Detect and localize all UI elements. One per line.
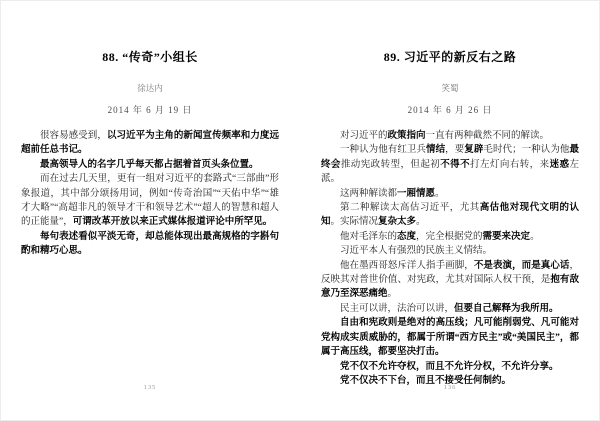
page-number-right: 136 (300, 384, 600, 391)
bold-text-run: 党不仅不允许夺权，而且不允许分权，不允许分享。 (340, 362, 559, 372)
text-run: 。 (530, 232, 540, 242)
text-run: 毛时代；一种认为他 (483, 145, 569, 155)
page-left: 88. “传奇”小组长 徐达内 2014 年 6 月 19 日 很容易感受到，以… (0, 0, 300, 421)
paragraph: 第二种解读太高估习近平，尤其高估他对现代文明的认知。实际情况复杂太多。 (321, 201, 579, 230)
article-date-left: 2014 年 6 月 19 日 (21, 103, 279, 116)
article-title-left: 88. “传奇”小组长 (21, 48, 279, 65)
bold-text-run: 每句表述看似平淡无奇，却总能体现出最高规格的字斟句酌和精巧心思。 (21, 232, 279, 256)
text-run: 。 (435, 189, 445, 199)
bold-text-run: 复杂太多 (378, 217, 416, 227)
bold-text-run: 但要自己解释为我所用。 (454, 304, 559, 314)
bold-text-run: 情结 (426, 145, 445, 155)
bold-text-run: 不得不 (440, 160, 470, 170)
article-author-left: 徐达内 (21, 82, 279, 94)
paragraph: 一种认为他有红卫兵情结，要复辟毛时代；一种认为他最终会推动宪政转型，但起初不得不… (321, 143, 579, 186)
paragraph: 党不仅不允许夺权，而且不允许分权，不允许分享。 (321, 360, 579, 374)
paragraph: 习近平本人有强烈的民族主义情结。 (321, 244, 579, 258)
text-run: 推动宪政转型，但起初 (341, 160, 440, 170)
paragraph: 很容易感受到，以习近平为主角的新闻宣传频率和力度远超前任总书记。 (21, 129, 279, 158)
paragraph: 最高领导人的名字几乎每天都占据着首页头条位置。 (21, 158, 279, 172)
text-run: 打左灯向右转，来 (470, 160, 550, 170)
bold-text-run: 迷惑 (550, 160, 570, 170)
page-right: 89. 习近平的新反右之路 笑蜀 2014 年 6 月 26 日 对习近平的政策… (300, 0, 600, 421)
text-run: 。 (388, 289, 398, 299)
paragraph: 而在过去几天里，更有一组对习近平的套路式“三部曲”形象报道，其中部分颂扬用词，例… (21, 172, 279, 230)
article-author-right: 笑蜀 (321, 82, 579, 94)
text-run: 习近平本人有强烈的民族主义情结。 (340, 246, 492, 256)
bold-text-run: 政策指向 (388, 131, 426, 141)
bold-text-run: 复辟 (464, 145, 483, 155)
text-run: 。实际情况 (331, 217, 379, 227)
article-title-right: 89. 习近平的新反右之路 (321, 48, 579, 65)
paragraph: 每句表述看似平淡无奇，却总能体现出最高规格的字斟句酌和精巧心思。 (21, 230, 279, 259)
bold-text-run: 最高领导人的名字几乎每天都占据着首页头条位置。 (40, 160, 259, 170)
text-run: 很容易感受到， (40, 131, 107, 141)
text-run: 这两种解读都 (340, 189, 397, 199)
text-run: 第二种解读太高估习近平，尤其 (340, 203, 480, 213)
text-run: ，要 (445, 145, 464, 155)
paragraph: 自由和宪政则是绝对的高压线；凡可能削弱党、凡可能对党构成实质威胁的，都属于所谓“… (321, 316, 579, 359)
bold-text-run: 可谓改革开放以来正式媒体报道评论中所罕见。 (73, 217, 273, 227)
text-run: 他在墨西哥怒斥洋人指手画脚， (340, 261, 474, 271)
paragraph: 他在墨西哥怒斥洋人指手画脚，不是表演，而是真心话，反映其对普世价值、对宪政，尤其… (321, 259, 579, 302)
paragraph: 这两种解读都一厢情愿。 (321, 187, 579, 201)
article-body-left: 很容易感受到，以习近平为主角的新闻宣传频率和力度远超前任总书记。最高领导人的名字… (21, 129, 279, 259)
paragraph: 对习近平的政策指向一直有两种截然不同的解读。 (321, 129, 579, 143)
bold-text-run: 自由和宪政则是绝对的高压线；凡可能削弱党、凡可能对党构成实质威胁的，都属于所谓“… (321, 318, 579, 357)
article-date-right: 2014 年 6 月 26 日 (321, 103, 579, 116)
text-run: ，完全根据党的 (416, 232, 483, 242)
text-run: 一直有两种截然不同的解读。 (426, 131, 550, 141)
page-number-left: 135 (0, 384, 300, 391)
bold-text-run: 一厢情愿 (397, 189, 435, 199)
text-run: 民主可以讲，法治可以讲， (340, 304, 454, 314)
paragraph: 民主可以讲，法治可以讲，但要自己解释为我所用。 (321, 302, 579, 316)
bold-text-run: 需要来决定 (483, 232, 531, 242)
bold-text-run: 不是表演，而是真心话 (474, 261, 570, 271)
book-spread: 88. “传奇”小组长 徐达内 2014 年 6 月 19 日 很容易感受到，以… (0, 0, 600, 421)
paragraph: 他对毛泽东的态度，完全根据党的需要来决定。 (321, 230, 579, 244)
text-run: 一种认为他有红卫兵 (340, 145, 426, 155)
article-body-right: 对习近平的政策指向一直有两种截然不同的解读。一种认为他有红卫兵情结，要复辟毛时代… (321, 129, 579, 388)
bold-text-run: 态度 (397, 232, 416, 242)
text-run: 。 (416, 217, 426, 227)
text-run: 对习近平的 (340, 131, 388, 141)
text-run: 他对毛泽东的 (340, 232, 397, 242)
